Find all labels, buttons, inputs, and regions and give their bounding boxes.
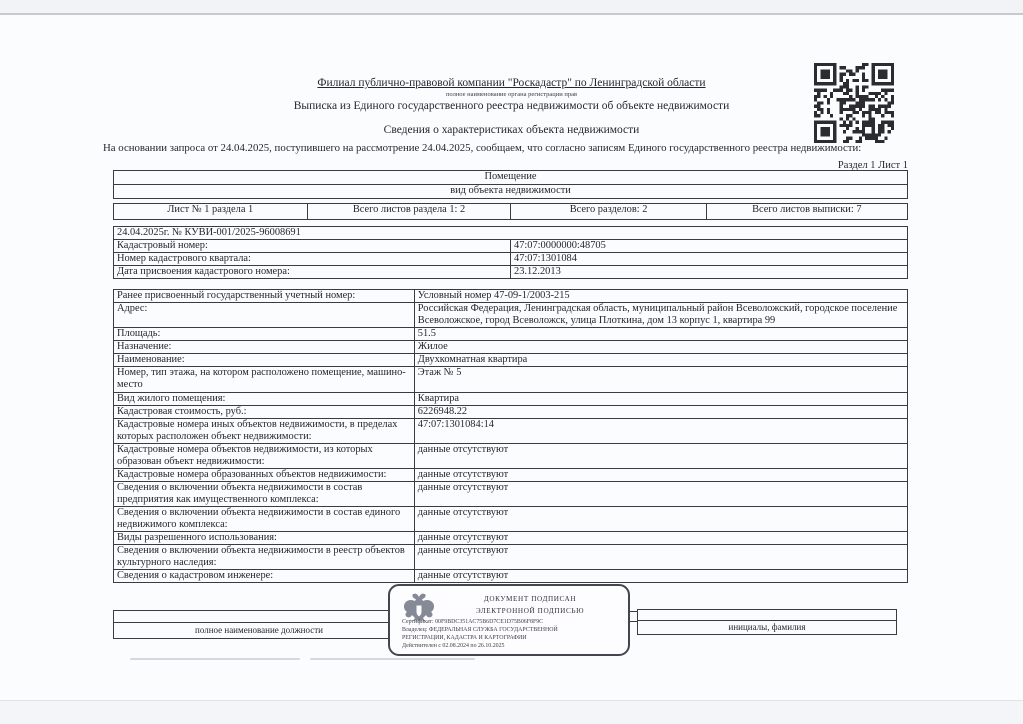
sheet-info-cell: Всего разделов: 2 bbox=[511, 204, 706, 220]
request-date-number: 24.04.2025г. № КУВИ-001/2025-96008691 bbox=[114, 227, 908, 240]
row-label: Адрес: bbox=[114, 303, 415, 328]
signature-position-caption: полное наименование должности bbox=[114, 625, 404, 635]
org-name: Филиал публично-правовой компании "Роска… bbox=[103, 77, 920, 89]
row-value: данные отсутствуют bbox=[414, 507, 907, 532]
row-label: Сведения о кадастровом инженере: bbox=[114, 570, 415, 583]
row-label: Кадастровый номер: bbox=[114, 240, 511, 253]
signature-name-box: инициалы, фамилия bbox=[637, 609, 897, 635]
row-value: Этаж № 5 bbox=[414, 367, 907, 392]
sheet-info-cell: Всего листов раздела 1: 2 bbox=[307, 204, 511, 220]
faint-footer-mark bbox=[130, 658, 300, 660]
stamp-line2: ЭЛЕКТРОННОЙ ПОДПИСЬЮ bbox=[442, 607, 618, 615]
object-type-table: Помещение вид объекта недвижимости bbox=[113, 170, 908, 199]
row-label: Площадь: bbox=[114, 328, 415, 341]
row-value: 47:07:1301084 bbox=[511, 253, 908, 266]
table-row: Виды разрешенного использования:данные о… bbox=[114, 532, 908, 545]
table-row: Сведения о кадастровом инженере:данные о… bbox=[114, 570, 908, 583]
row-value: данные отсутствуют bbox=[414, 570, 907, 583]
request-number-table: 24.04.2025г. № КУВИ-001/2025-96008691 Ка… bbox=[113, 226, 908, 279]
scan-edge-top-line bbox=[0, 13, 1023, 15]
document-title: Выписка из Единого государственного реес… bbox=[103, 100, 920, 112]
table-row: Вид жилого помещения:Квартира bbox=[114, 392, 908, 405]
table-row: Сведения о включении объекта недвижимост… bbox=[114, 481, 908, 506]
stamp-validity: Действителен с 02.08.2024 по 26.10.2025 bbox=[402, 643, 620, 649]
row-label: Кадастровые номера образованных объектов… bbox=[114, 468, 415, 481]
row-label: Сведения о включении объекта недвижимост… bbox=[114, 507, 415, 532]
signature-line bbox=[638, 620, 896, 621]
table-row: Адрес:Российская Федерация, Ленинградска… bbox=[114, 303, 908, 328]
table-row: Кадастровые номера иных объектов недвижи… bbox=[114, 418, 908, 443]
table-row: Наименование:Двухкомнатная квартира bbox=[114, 354, 908, 367]
details-table: Ранее присвоенный государственный учетны… bbox=[113, 289, 908, 583]
signature-position-box: полное наименование должности bbox=[113, 610, 405, 639]
row-label: Назначение: bbox=[114, 341, 415, 354]
table-row: Назначение:Жилое bbox=[114, 341, 908, 354]
row-label: Вид жилого помещения: bbox=[114, 392, 415, 405]
row-value: 23.12.2013 bbox=[511, 266, 908, 279]
row-value: Российская Федерация, Ленинградская обла… bbox=[414, 303, 907, 328]
row-value: данные отсутствуют bbox=[414, 532, 907, 545]
row-label: Ранее присвоенный государственный учетны… bbox=[114, 290, 415, 303]
row-label: Номер, тип этажа, на котором расположено… bbox=[114, 367, 415, 392]
signature-line bbox=[114, 622, 404, 623]
table-row: Кадастровые номера объектов недвижимости… bbox=[114, 443, 908, 468]
stamp-certificate: Сертификат: 00F9BDC351AC75B6D7CE1D75B06F… bbox=[402, 619, 620, 625]
row-label: Сведения о включении объекта недвижимост… bbox=[114, 481, 415, 506]
row-label: Дата присвоения кадастрового номера: bbox=[114, 266, 511, 279]
table-row: Номер, тип этажа, на котором расположено… bbox=[114, 367, 908, 392]
table-row: Сведения о включении объекта недвижимост… bbox=[114, 507, 908, 532]
row-label: Наименование: bbox=[114, 354, 415, 367]
document-subtitle: Сведения о характеристиках объекта недви… bbox=[103, 124, 920, 136]
scan-edge-top bbox=[0, 0, 1023, 13]
stamp-line1: ДОКУМЕНТ ПОДПИСАН bbox=[442, 595, 618, 603]
object-type-value: Помещение bbox=[114, 171, 908, 185]
row-value: 6226948.22 bbox=[414, 405, 907, 418]
row-value: данные отсутствуют bbox=[414, 481, 907, 506]
faint-footer-mark bbox=[310, 658, 475, 660]
qr-code bbox=[812, 63, 896, 143]
sheet-info-cell: Всего листов выписки: 7 bbox=[706, 204, 907, 220]
digital-signature-stamp: ДОКУМЕНТ ПОДПИСАН ЭЛЕКТРОННОЙ ПОДПИСЬЮ С… bbox=[388, 584, 630, 656]
row-label: Кадастровые номера объектов недвижимости… bbox=[114, 443, 415, 468]
table-row: Кадастровые номера образованных объектов… bbox=[114, 468, 908, 481]
object-type-caption: вид объекта недвижимости bbox=[114, 185, 908, 199]
table-row: Сведения о включении объекта недвижимост… bbox=[114, 545, 908, 570]
row-value: 47:07:1301084:14 bbox=[414, 418, 907, 443]
row-label: Сведения о включении объекта недвижимост… bbox=[114, 545, 415, 570]
row-value: Жилое bbox=[414, 341, 907, 354]
table-row: Кадастровая стоимость, руб.:6226948.22 bbox=[114, 405, 908, 418]
row-label: Номер кадастрового квартала: bbox=[114, 253, 511, 266]
stamp-owner-line1: Владелец: ФЕДЕРАЛЬНАЯ СЛУЖБА ГОСУДАРСТВЕ… bbox=[402, 627, 620, 633]
stamp-owner-line2: РЕГИСТРАЦИИ, КАДАСТРА И КАРТОГРАФИИ bbox=[402, 635, 620, 641]
row-value: Двухкомнатная квартира bbox=[414, 354, 907, 367]
row-value: Квартира bbox=[414, 392, 907, 405]
row-value: данные отсутствуют bbox=[414, 443, 907, 468]
table-row: Площадь:51.5 bbox=[114, 328, 908, 341]
row-label: Кадастровые номера иных объектов недвижи… bbox=[114, 418, 415, 443]
row-label: Кадастровая стоимость, руб.: bbox=[114, 405, 415, 418]
row-value: 47:07:0000000:48705 bbox=[511, 240, 908, 253]
row-value: 51.5 bbox=[414, 328, 907, 341]
sheet-info-cell: Лист № 1 раздела 1 bbox=[114, 204, 308, 220]
row-value: Условный номер 47-09-1/2003-215 bbox=[414, 290, 907, 303]
sheet-info-table: Лист № 1 раздела 1 Всего листов раздела … bbox=[113, 203, 908, 220]
basis-line: На основании запроса от 24.04.2025, пост… bbox=[103, 142, 923, 154]
signature-name-caption: инициалы, фамилия bbox=[638, 622, 896, 632]
table-row: Ранее присвоенный государственный учетны… bbox=[114, 290, 908, 303]
org-name-caption: полное наименование органа регистрации п… bbox=[103, 91, 920, 98]
scan-edge-bottom bbox=[0, 701, 1023, 724]
row-value: данные отсутствуют bbox=[414, 468, 907, 481]
row-label: Виды разрешенного использования: bbox=[114, 532, 415, 545]
row-value: данные отсутствуют bbox=[414, 545, 907, 570]
